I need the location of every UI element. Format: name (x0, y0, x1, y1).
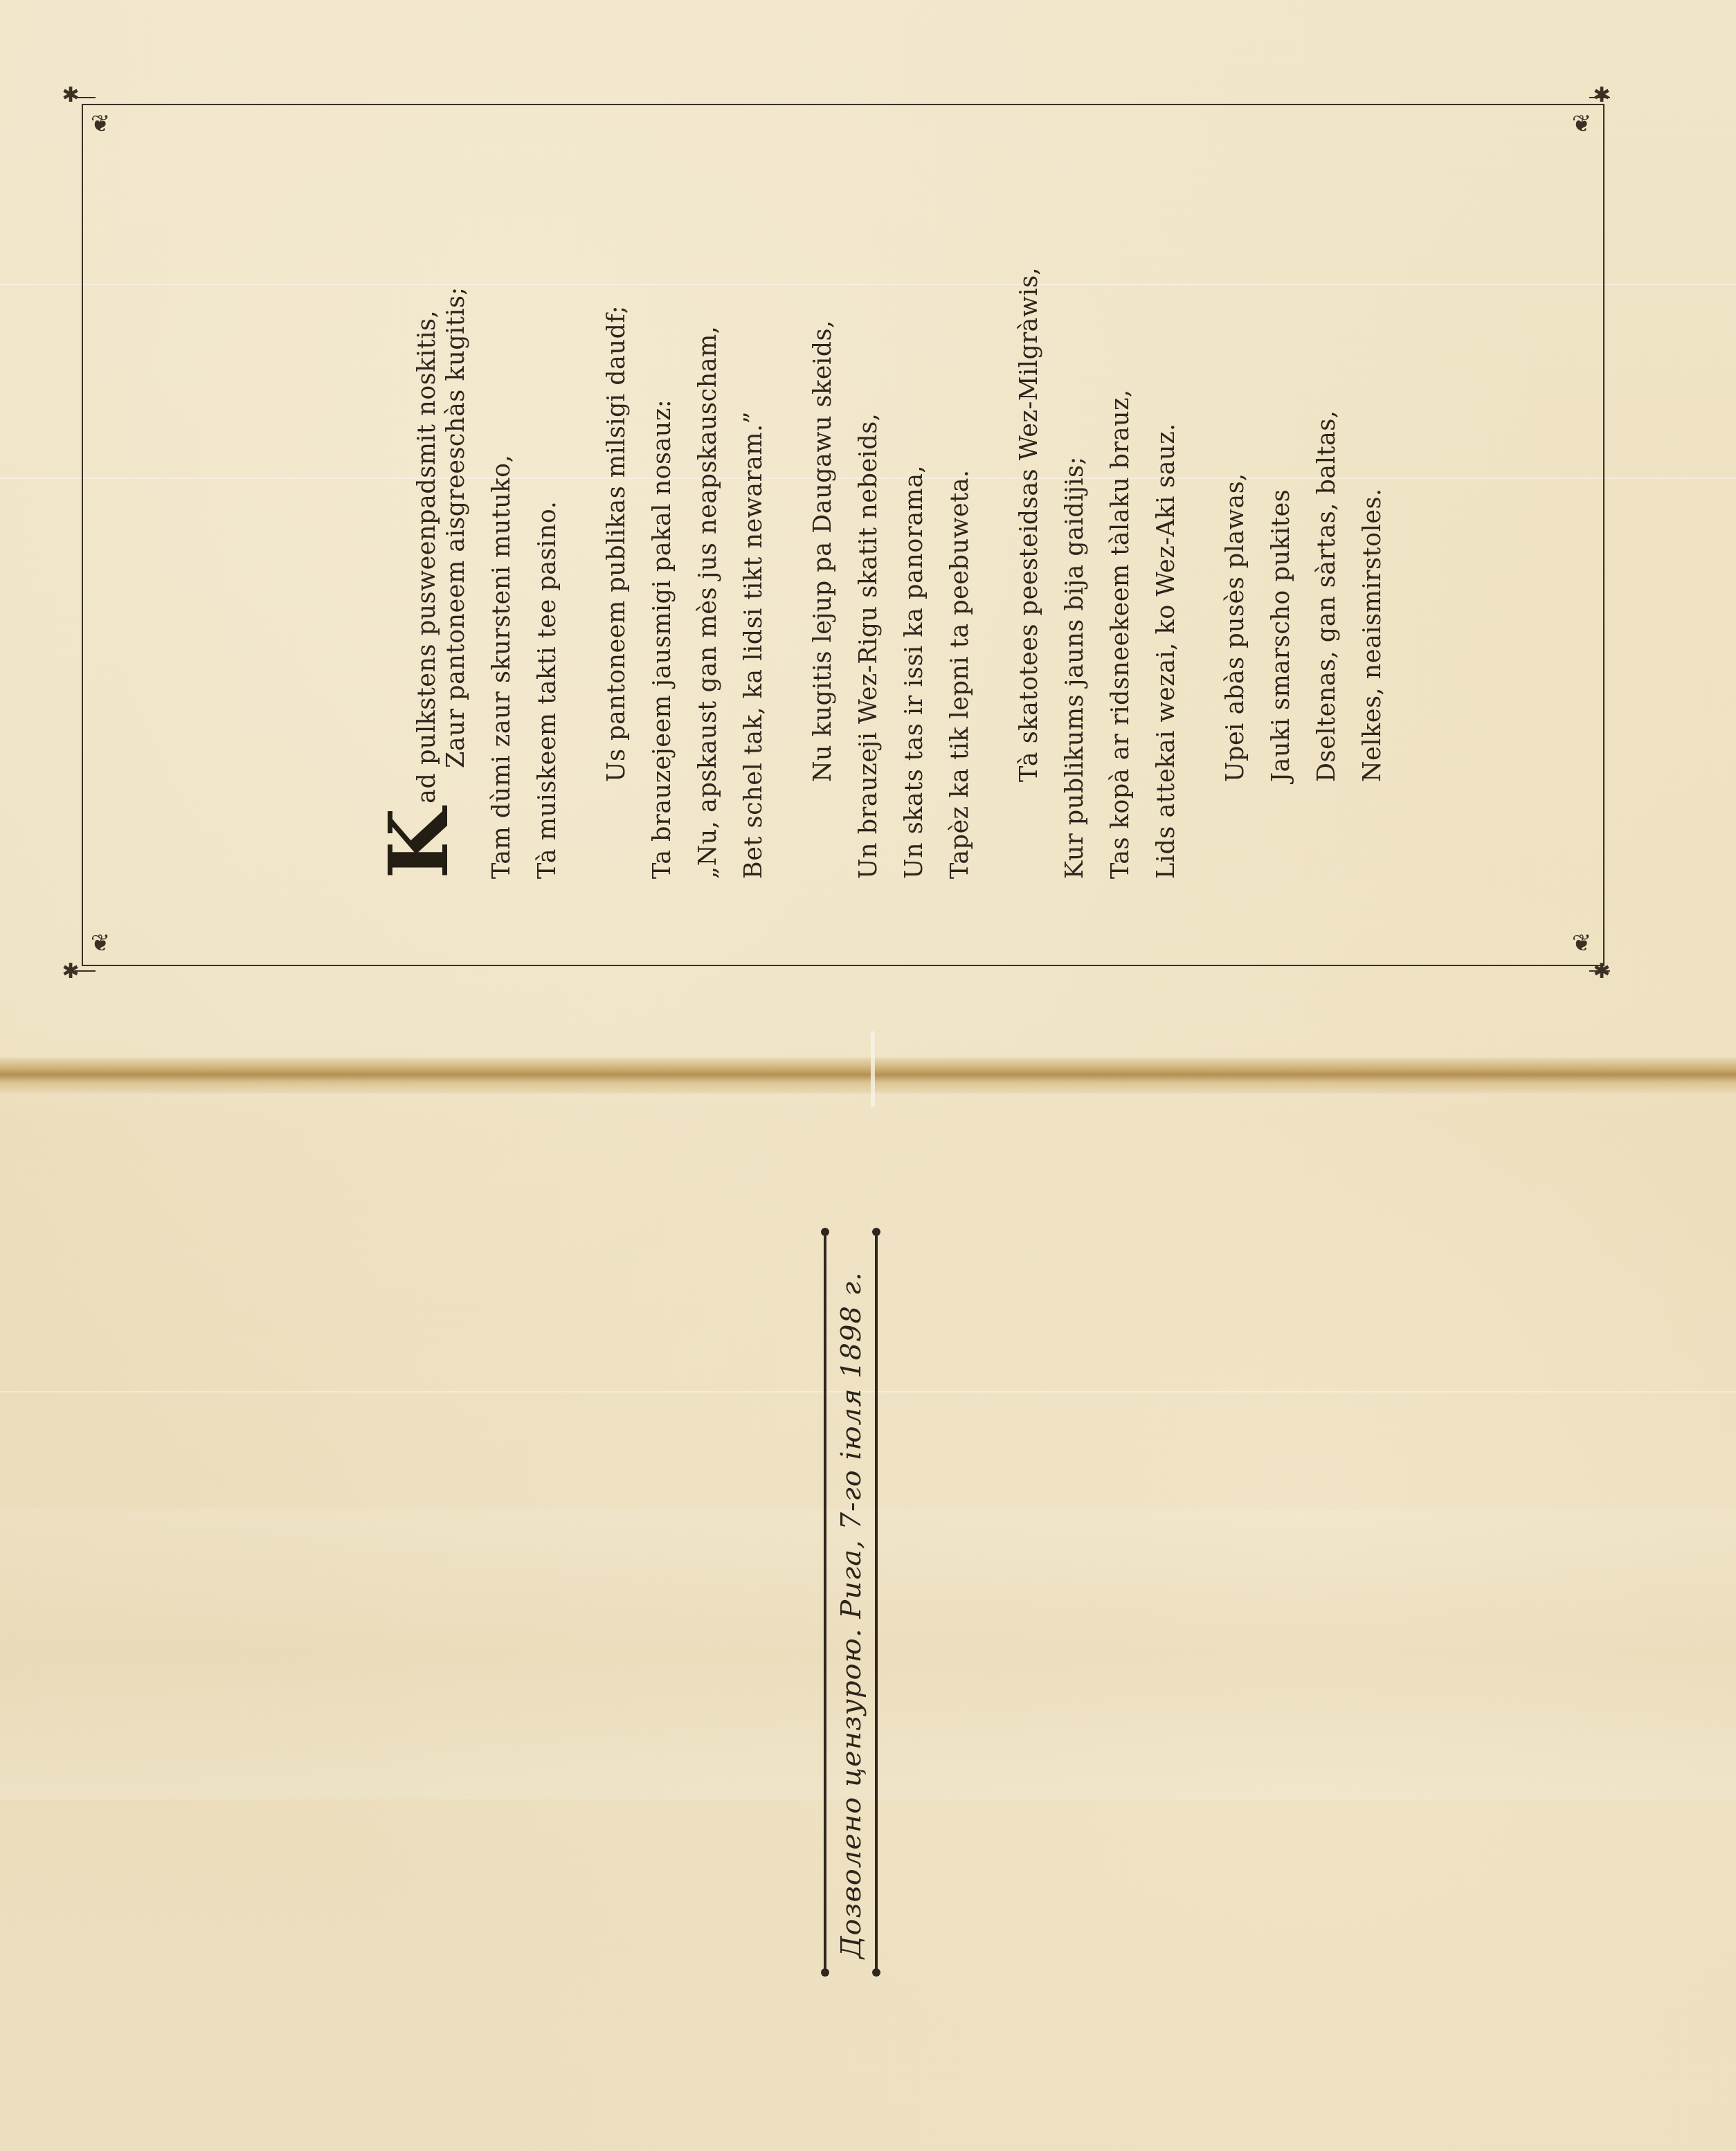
poem-line: Us pantoneem publikas milsigi daudf; (594, 256, 640, 879)
poem-line: Lids attekai wezai, ko Wez-Aki sauz. (1143, 256, 1189, 879)
rule-terminal (872, 1968, 880, 1977)
poem-line: Tas kopà ar ridsneekeem tàlaku brauz, (1098, 256, 1143, 879)
poem-line: Un brauzeji Wez-Rigu skatit nebeids, (846, 256, 892, 879)
poem-line: Tam dùmi zaur skursteni mutuko, (479, 256, 525, 879)
fold-seam (0, 1058, 1736, 1093)
censorship-text: Дозволено цензурою. Рига, 7-го іюля 1898… (831, 1246, 872, 1959)
rule-terminal (821, 1228, 829, 1236)
rule-terminal (821, 1968, 829, 1977)
poem-line: Nelkes, neaismirstoles. (1350, 256, 1395, 879)
poem-line: Upei abàs pusès plawas, (1213, 256, 1258, 879)
fleuron-icon: ❦ (84, 927, 116, 959)
rule-line (824, 1232, 826, 1972)
poem-line: Tà muiskeem takti tee pasino. (525, 256, 570, 879)
poem-line: Tapèz ka tik lepni ta peebuweta. (937, 256, 983, 879)
star-burst-icon: ✱ (1588, 82, 1616, 109)
star-burst-icon: ✱ (57, 82, 84, 109)
drop-cap: K (388, 808, 450, 879)
poem-line: Dseltenas, gan sàrtas, baltas, (1304, 256, 1350, 879)
fleuron-icon: ❦ (1566, 927, 1598, 959)
fleuron-icon: ❦ (84, 108, 116, 140)
poem-line: Nu kugitis lejup pa Daugawu skeids, (800, 256, 846, 879)
document-sheet: ✱ ✱ ✱ ✱ ❦ ❦ ❦ ❦ Kad pulkstens pusweenpad… (0, 0, 1736, 2151)
poem-line: Bet schel tak, ka lidsi tikt newaram.” (731, 256, 777, 879)
fleuron-icon: ❦ (1566, 108, 1598, 140)
star-burst-icon: ✱ (1588, 958, 1616, 986)
rule-terminal (872, 1228, 880, 1236)
star-burst-icon: ✱ (57, 958, 84, 986)
poem-line: Ta brauzejeem jausmigi pakal nosauz: (640, 256, 685, 879)
poem-line: Tà skatotees peesteidsas Wez-Milgràwis, (1006, 256, 1052, 879)
censorship-approval: Дозволено цензурою. Рига, 7-го іюля 1898… (824, 1232, 879, 1972)
poem: Kad pulkstens pusweenpadsmit noskitis, Z… (388, 256, 1395, 879)
stanza-gap (1189, 256, 1213, 879)
poem-line: Un skats tas ir issi ka panorama, (892, 256, 937, 879)
rule-line (875, 1232, 878, 1972)
stanza-gap (983, 256, 1006, 879)
binding-thread (871, 1031, 875, 1107)
poem-line: Kur publikums jauns bija gaidijis; (1052, 256, 1098, 879)
stanza-gap (777, 256, 800, 879)
poem-line: Jauki smarscho pukites (1258, 256, 1304, 879)
poem-line: Kad pulkstens pusweenpadsmit noskitis, (388, 256, 433, 879)
poem-line: „Nu, apskaust gan mès jus neapskauscham, (685, 256, 731, 879)
stanza-gap (570, 256, 594, 879)
